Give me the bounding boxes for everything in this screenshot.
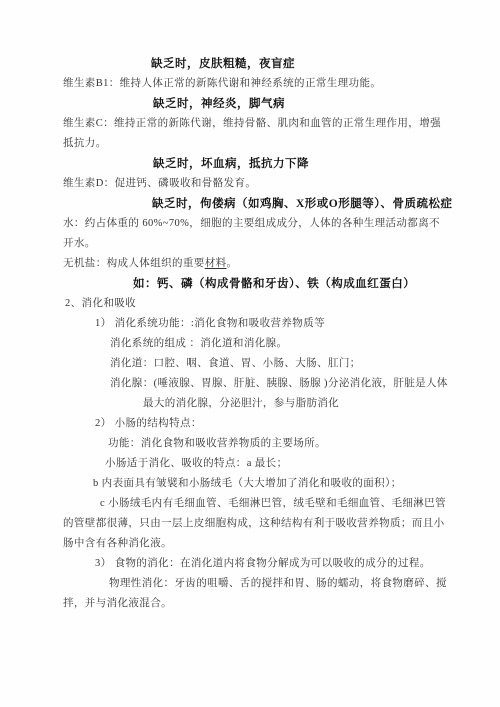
doc-text-line: 物理性消化：牙齿的咀嚼、舌的搅拌和胃、肠的蠕动，将食物磨碎、搅: [109, 574, 450, 594]
doc-heading-line: 缺乏时，皮肤粗糙，夜盲症: [151, 54, 450, 74]
doc-text-line: b 内表面具有皱襞和小肠绒毛（大大增加了消化和吸收的面积）；: [93, 474, 450, 494]
doc-text-line: 消化腺：(唾液腺、胃腺、肝脏、胰腺、肠腺 )分泌消化液，肝脏是人体: [110, 374, 450, 394]
underlined-text: 材料: [205, 258, 227, 269]
doc-text-line: 功能：消化食物和吸收营养物质的主要场所。: [108, 434, 450, 454]
doc-text-line: 的管壁都很薄，只由一层上皮细胞构成，这种结构有利于吸收营养物质；而且小: [63, 514, 450, 534]
document-body: 缺乏时，皮肤粗糙，夜盲症维生素B1：维持人体正常的新陈代谢和神经系统的正常生理功…: [0, 0, 500, 614]
doc-text-line: 开水。: [63, 234, 450, 254]
doc-text-line: 2） 小肠的结构特点：: [95, 414, 450, 434]
doc-text-line: c 小肠绒毛内有毛细血管、毛细淋巴管，绒毛壁和毛细血管、毛细淋巴管: [100, 494, 450, 514]
doc-text-line: 抵抗力。: [63, 134, 450, 154]
doc-text-line: 水：约占体重的 60%~70%，细胞的主要组成成分，人体的各种生理活动都离不: [63, 214, 450, 234]
doc-heading-line: 缺乏时，坏血病，抵抗力下降: [153, 154, 450, 174]
doc-text-line: 小肠适于消化、吸收的特点：a 最长；: [105, 454, 450, 474]
doc-text-line: 拌，并与消化液混合。: [63, 594, 450, 614]
doc-text-line: 无机盐：构成人体组织的重要材料。: [63, 254, 450, 274]
doc-text-line: 2、消化和吸收: [65, 294, 450, 314]
doc-heading-line: 如：钙、磷（构成骨骼和牙齿）、铁（构成血红蛋白）: [133, 274, 450, 294]
doc-heading-line: 缺乏时，佝偻病（如鸡胸、X形或O形腿等）、骨质疏松症: [152, 194, 450, 214]
doc-text-line: 肠中含有各种消化液。: [63, 534, 450, 554]
document-page: 缺乏时，皮肤粗糙，夜盲症维生素B1：维持人体正常的新陈代谢和神经系统的正常生理功…: [0, 0, 500, 707]
doc-text-line: 维生素D：促进钙、磷吸收和骨骼发育。: [63, 174, 450, 194]
doc-text-line: 消化道：口腔、咽、食道、胃、小肠、大肠、肛门；: [110, 354, 450, 374]
doc-text-line: 1） 消化系统功能：:消化食物和吸收营养物质等: [95, 314, 450, 334]
doc-text-line: 最大的消化腺，分泌胆汁，参与脂肪消化: [143, 394, 450, 414]
doc-text-line: 3） 食物的消化：在消化道内将食物分解成为可以吸收的成分的过程。: [95, 554, 450, 574]
doc-text-line: 维生素C：维持正常的新陈代谢，维持骨骼、肌肉和血管的正常生理作用，增强: [63, 114, 450, 134]
doc-text-line: 维生素B1：维持人体正常的新陈代谢和神经系统的正常生理功能。: [63, 74, 450, 94]
doc-heading-line: 缺乏时，神经炎，脚气病: [153, 94, 450, 114]
doc-text-line: 消化系统的组成 ：消化道和消化腺。: [110, 334, 450, 354]
